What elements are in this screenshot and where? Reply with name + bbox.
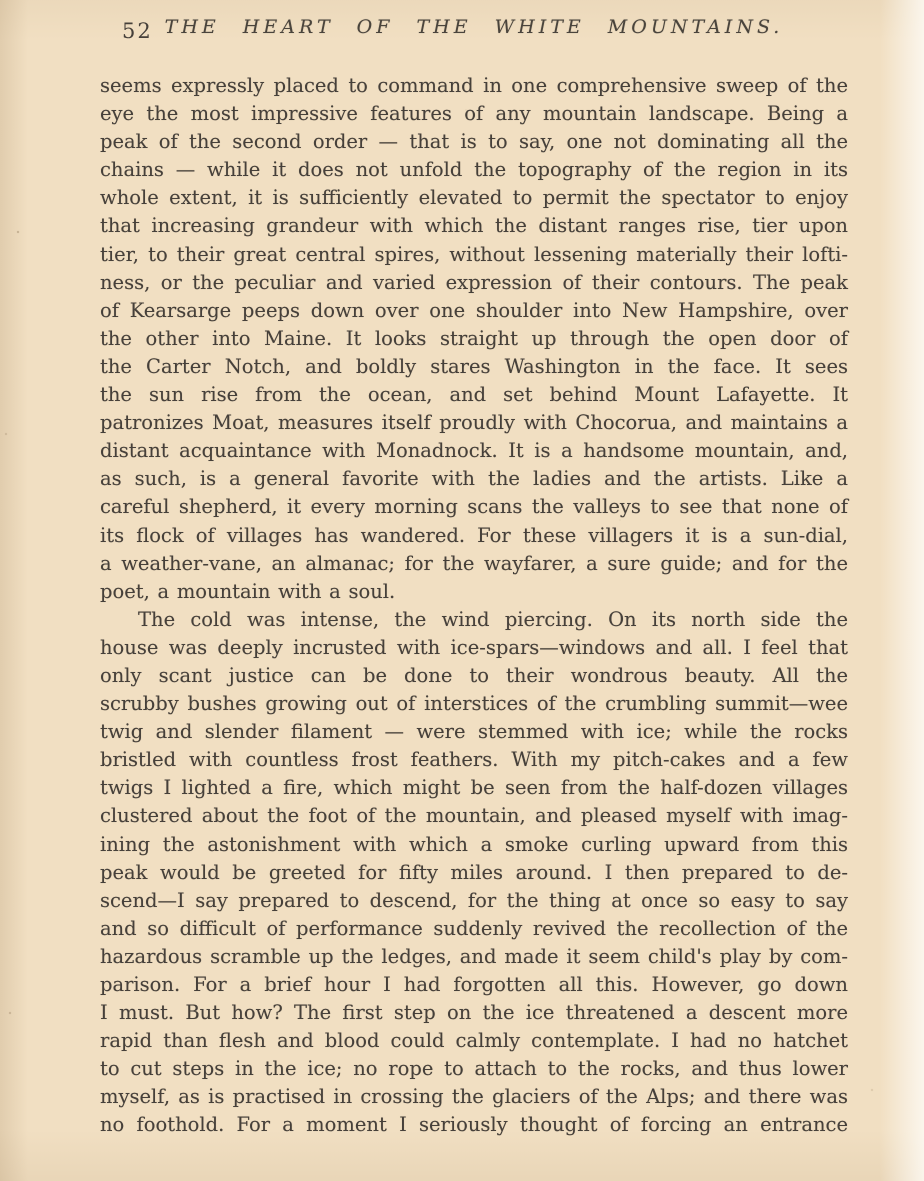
text-line: chains — while it does not unfold the to…	[100, 156, 848, 184]
text-line: eye the most impressive features of any …	[100, 100, 848, 128]
paragraph: seems expressly placed to command in one…	[100, 72, 848, 606]
paragraph: The cold was intense, the wind piercing.…	[100, 606, 848, 1140]
text-line: careful shepherd, it every morning scans…	[100, 493, 848, 521]
text-line: ining the astonishment with which a smok…	[100, 831, 848, 859]
text-line: peak of the second order — that is to sa…	[100, 128, 848, 156]
text-line: no foothold. For a moment I seriously th…	[100, 1111, 848, 1139]
text-line: the other into Maine. It looks straight …	[100, 325, 848, 353]
text-line: as such, is a general favorite with the …	[100, 465, 848, 493]
text-line: bristled with countless frost feathers. …	[100, 746, 848, 774]
text-line: tier, to their great central spires, wit…	[100, 241, 848, 269]
text-line: scend—I say prepared to descend, for the…	[100, 887, 848, 915]
text-line: myself, as is practised in crossing the …	[100, 1083, 848, 1111]
text-line: ness, or the peculiar and varied express…	[100, 269, 848, 297]
body-text: seems expressly placed to command in one…	[100, 72, 848, 1140]
text-line: I must. But how? The first step on the i…	[100, 999, 848, 1027]
text-line: the sun rise from the ocean, and set beh…	[100, 381, 848, 409]
text-line: clustered about the foot of the mountain…	[100, 802, 848, 830]
running-head: THE HEART OF THE WHITE MOUNTAINS.	[100, 16, 848, 38]
text-line: to cut steps in the ice; no rope to atta…	[100, 1055, 848, 1083]
text-line: rapid than flesh and blood could calmly …	[100, 1027, 848, 1055]
text-line: its flock of villages has wandered. For …	[100, 522, 848, 550]
text-line: The cold was intense, the wind piercing.…	[100, 606, 848, 634]
text-line: parison. For a brief hour I had forgotte…	[100, 971, 848, 999]
text-line: peak would be greeted for fifty miles ar…	[100, 859, 848, 887]
text-line: scrubby bushes growing out of interstice…	[100, 690, 848, 718]
text-line: and so difficult of performance suddenly…	[100, 915, 848, 943]
text-line: patronizes Moat, measures itself proudly…	[100, 409, 848, 437]
text-line: house was deeply incrusted with ice-spar…	[100, 634, 848, 662]
text-line: only scant justice can be done to their …	[100, 662, 848, 690]
book-page: 52 THE HEART OF THE WHITE MOUNTAINS. see…	[0, 0, 924, 1181]
text-line: that increasing grandeur with which the …	[100, 212, 848, 240]
text-line: poet, a mountain with a soul.	[100, 578, 848, 606]
text-line: of Kearsarge peeps down over one shoulde…	[100, 297, 848, 325]
text-line: the Carter Notch, and boldly stares Wash…	[100, 353, 848, 381]
text-line: whole extent, it is sufficiently elevate…	[100, 184, 848, 212]
text-line: twigs I lighted a fire, which might be s…	[100, 774, 848, 802]
text-line: a weather-vane, an almanac; for the wayf…	[100, 550, 848, 578]
text-line: seems expressly placed to command in one…	[100, 72, 848, 100]
page-number: 52	[122, 19, 153, 43]
text-line: hazardous scramble up the ledges, and ma…	[100, 943, 848, 971]
text-line: distant acquaintance with Monadnock. It …	[100, 437, 848, 465]
text-line: twig and slender filament — were stemmed…	[100, 718, 848, 746]
page-header: 52 THE HEART OF THE WHITE MOUNTAINS.	[100, 16, 848, 48]
